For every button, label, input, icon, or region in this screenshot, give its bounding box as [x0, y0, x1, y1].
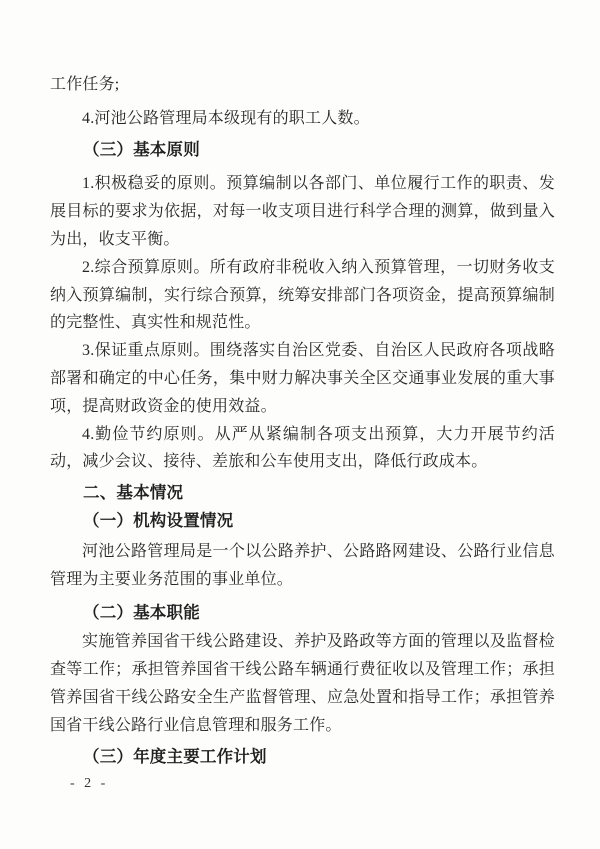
paragraph-principle-4: 4.勤俭节约原则。从严从紧编制各项支出预算，大力开展节约活动，减少会议、接待、差… — [50, 421, 555, 477]
paragraph-basic-functions: 实施管养国省干线公路建设、养护及路政等方面的管理以及监督检查等工作；承担管养国省… — [50, 628, 555, 739]
heading-basic-functions: （二）基本职能 — [50, 600, 555, 628]
page-content: 工作任务; 4.河池公路管理局本级现有的职工人数。 （三）基本原则 1.积极稳妥… — [50, 71, 555, 772]
heading-basic-principles: （三）基本原则 — [50, 137, 555, 165]
heading-annual-work-plan: （三）年度主要工作计划 — [50, 744, 555, 772]
paragraph-principle-1: 1.积极稳妥的原则。预算编制以各部门、单位履行工作的职责、发展目标的要求为依据，… — [50, 170, 555, 253]
heading-org-setup: （一）机构设置情况 — [50, 508, 555, 536]
paragraph-principle-3: 3.保证重点原则。围绕落实自治区党委、自治区人民政府各项战略部署和确定的中心任务… — [50, 337, 555, 420]
heading-basic-situation: 二、基本情况 — [50, 480, 555, 508]
list-item-staff-count: 4.河池公路管理局本级现有的职工人数。 — [50, 105, 555, 133]
paragraph-principle-2: 2.综合预算原则。所有政府非税收入纳入预算管理，一切财务收支纳入预算编制，实行综… — [50, 254, 555, 337]
page-number: - 2 - — [70, 776, 108, 792]
document-page: 工作任务; 4.河池公路管理局本级现有的职工人数。 （三）基本原则 1.积极稳妥… — [0, 0, 600, 849]
paragraph-org-setup: 河池公路管理局是一个以公路养护、公路路网建设、公路行业信息管理为主要业务范围的事… — [50, 538, 555, 594]
paragraph-continuation: 工作任务; — [50, 71, 555, 99]
